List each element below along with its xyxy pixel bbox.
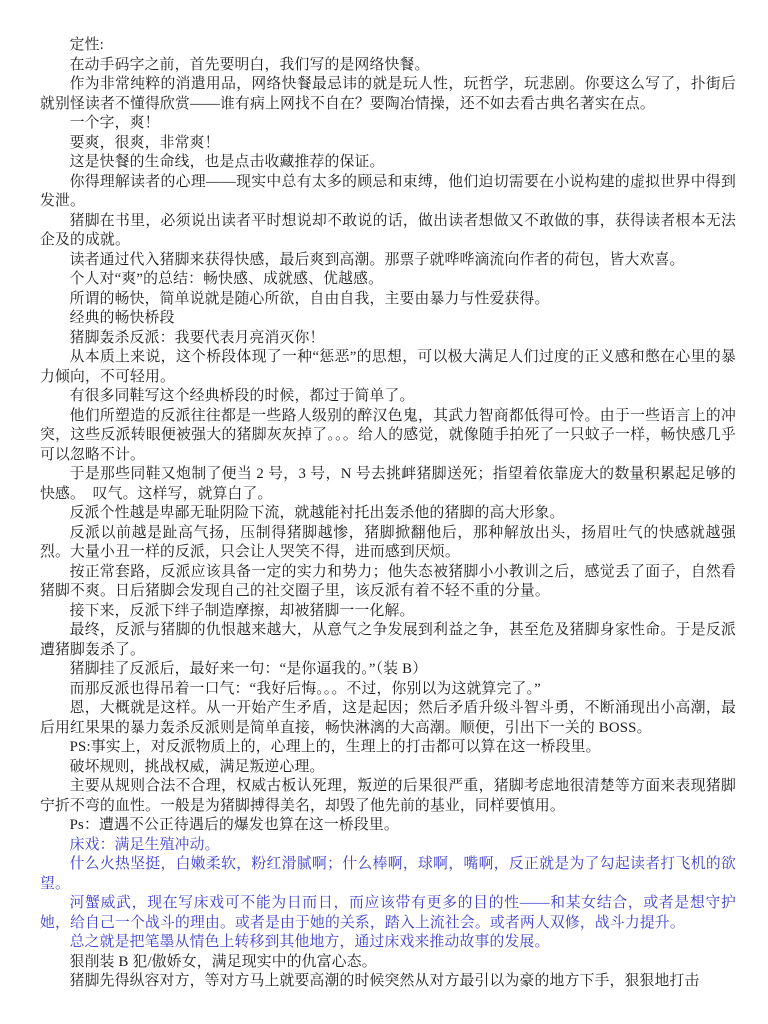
- paragraph: 接下来，反派下绊子制造摩擦，却被猪脚一一化解。: [40, 602, 736, 622]
- paragraph: 反派个性越是卑鄙无耻阴险下流，就越能衬托出轰杀他的猪脚的高大形象。: [40, 504, 736, 524]
- paragraph: 一个字，爽！: [40, 114, 736, 134]
- paragraph: 这是快餐的生命线，也是点击收藏推荐的保证。: [40, 153, 736, 173]
- paragraph: 而那反派也得吊着一口气：“我好后悔。。。不过，你别以为这就算完了。”: [40, 680, 736, 700]
- paragraph: 猪脚先得纵容对方，等对方马上就要高潮的时候突然从对方最引以为豪的地方下手，狠狠地…: [40, 972, 736, 992]
- paragraph: 破坏规则，挑战权威，满足叛逆心理。: [40, 758, 736, 778]
- paragraph: 总之就是把笔墨从情色上转移到其他地方，通过床戏来推动故事的发展。: [40, 933, 736, 953]
- paragraph: PS:事实上，对反派物质上的，心理上的，生理上的打击都可以算在这一桥段里。: [40, 738, 736, 758]
- paragraph: 作为非常纯粹的消遣用品，网络快餐最忌讳的就是玩人性，玩哲学，玩悲剧。你要这么写了…: [40, 75, 736, 114]
- paragraph: 所谓的畅快，简单说就是随心所欲，自由自我，主要由暴力与性爱获得。: [40, 290, 736, 310]
- paragraph: 在动手码字之前，首先要明白，我们写的是网络快餐。: [40, 56, 736, 76]
- paragraph: 猪脚轰杀反派：我要代表月亮消灭你！: [40, 329, 736, 349]
- paragraph: 从本质上来说，这个桥段体现了一种“惩恶”的思想，可以极大满足人们过度的正义感和憋…: [40, 348, 736, 387]
- paragraph: 定性:: [40, 36, 736, 56]
- paragraph: 经典的畅快桥段: [40, 309, 736, 329]
- paragraph: Ps：遭遇不公正待遇后的爆发也算在这一桥段里。: [40, 816, 736, 836]
- paragraph: 河蟹威武，现在写床戏可不能为日而日，而应该带有更多的目的性——和某女结合，或者是…: [40, 894, 736, 933]
- document-body: 定性:在动手码字之前，首先要明白，我们写的是网络快餐。作为非常纯粹的消遣用品，网…: [40, 36, 736, 992]
- paragraph: 按正常套路，反派应该具备一定的实力和势力；他失态被猪脚小小教训之后，感觉丢了面子…: [40, 563, 736, 602]
- document-page: 定性:在动手码字之前，首先要明白，我们写的是网络快餐。作为非常纯粹的消遣用品，网…: [0, 0, 768, 1024]
- paragraph: 主要从规则合法不合理，权威古板认死理，叛逆的后果很严重，猪脚考虑地很清楚等方面来…: [40, 777, 736, 816]
- paragraph: 猪脚在书里，必须说出读者平时想说却不敢说的话，做出读者想做又不敢做的事，获得读者…: [40, 212, 736, 251]
- paragraph: 狠削装 B 犯/傲娇女，满足现实中的仇富心态。: [40, 953, 736, 973]
- paragraph: 他们所塑造的反派往往都是一些路人级别的醉汉色鬼，其武力智商都低得可怜。由于一些语…: [40, 407, 736, 466]
- paragraph: 最终，反派与猪脚的仇恨越来越大，从意气之争发展到利益之争，甚至危及猪脚身家性命。…: [40, 621, 736, 660]
- paragraph: 猪脚挂了反派后，最好来一句：“是你逼我的。”（装 B）: [40, 660, 736, 680]
- paragraph: 个人对“爽”的总结：畅快感、成就感、优越感。: [40, 270, 736, 290]
- paragraph: 于是那些同鞋又炮制了便当 2 号，3 号，N 号去挑衅猪脚送死；指望着依靠庞大的…: [40, 465, 736, 504]
- paragraph: 要爽，很爽，非常爽！: [40, 134, 736, 154]
- paragraph: 读者通过代入猪脚来获得快感，最后爽到高潮。那票子就哗哗滴流向作者的荷包，皆大欢喜…: [40, 251, 736, 271]
- paragraph: 什么火热坚挺，白嫩柔软，粉红滑腻啊；什么棒啊，球啊，嘴啊，反正就是为了勾起读者打…: [40, 855, 736, 894]
- paragraph: 床戏：满足生殖冲动。: [40, 836, 736, 856]
- paragraph: 恩，大概就是这样。从一开始产生矛盾，这是起因；然后矛盾升级斗智斗勇，不断涌现出小…: [40, 699, 736, 738]
- paragraph: 你得理解读者的心理——现实中总有太多的顾忌和束缚，他们迫切需要在小说构建的虚拟世…: [40, 173, 736, 212]
- paragraph: 反派以前越是趾高气扬，压制得猪脚越惨，猪脚掀翻他后，那种解放出头，扬眉吐气的快感…: [40, 524, 736, 563]
- paragraph: 有很多同鞋写这个经典桥段的时候，都过于简单了。: [40, 387, 736, 407]
